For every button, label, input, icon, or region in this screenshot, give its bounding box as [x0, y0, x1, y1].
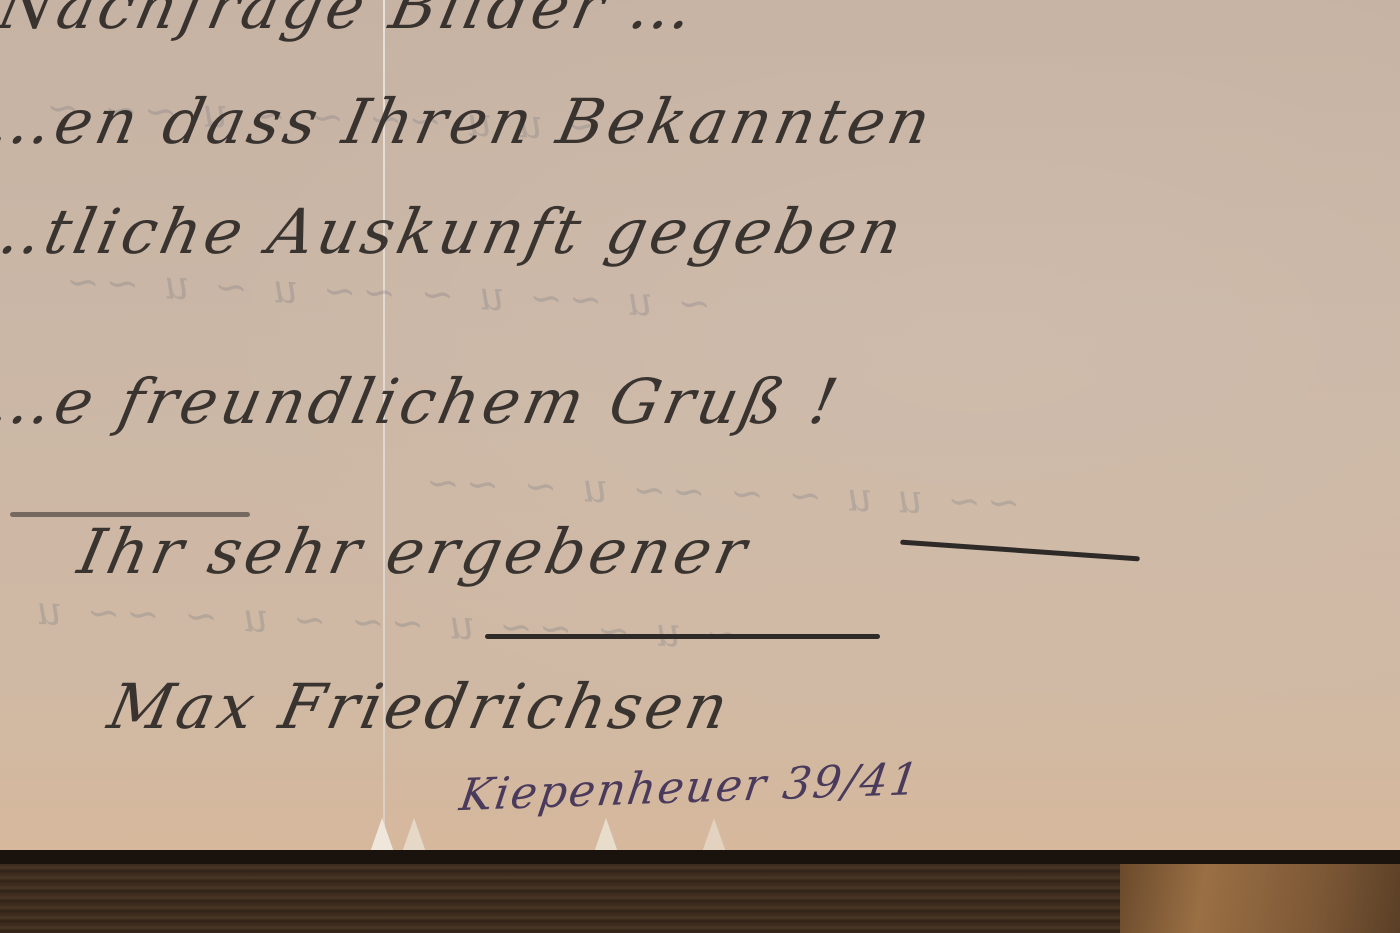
letter-line-3: …tliche Auskunft gegeben — [0, 195, 912, 268]
ink-stroke — [10, 512, 250, 517]
letter-line-2: …en dass Ihren Bekannten — [0, 85, 941, 158]
letter-closing: Ihr sehr ergebener — [72, 515, 756, 588]
closing-flourish — [900, 540, 1140, 562]
signature-overline — [485, 634, 880, 639]
letter-paper: ~~ u u ~~ ~ ~ u ~~ ~ ~ u ~~ u ~ ~~ u ~ u… — [0, 0, 1400, 855]
paper-shadow — [0, 850, 1400, 864]
letter-line-1: Nachfrage Bilder … — [0, 0, 704, 43]
bleed-through-text: ~ u ~~ u ~ ~~ u ~ u ~~ — [59, 259, 711, 328]
letter-line-4: …e freundlichem Gruß ! — [0, 365, 848, 438]
pencil-annotation: Kiepenheuer 39/41 — [457, 754, 924, 821]
signature: Max Friedrichsen — [102, 670, 738, 743]
wooden-block — [1120, 864, 1400, 933]
